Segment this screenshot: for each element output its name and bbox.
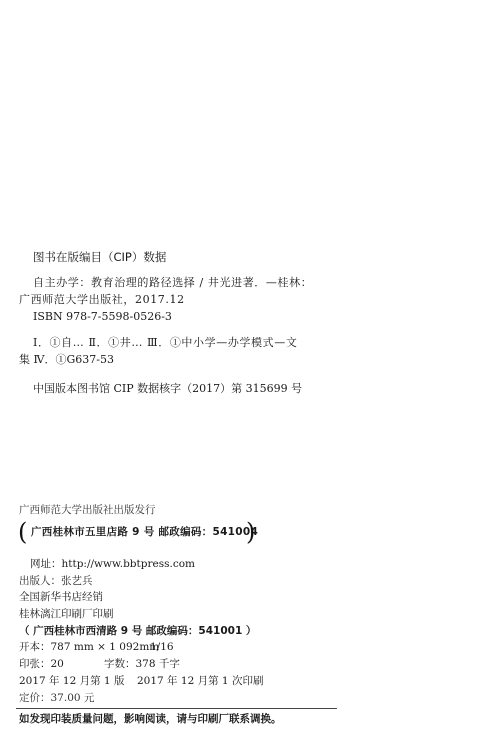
printer-address: （ 广西桂林市西清路 9 号 邮政编码：541001 ） xyxy=(19,626,256,637)
publisher-website: 网址：http://www.bbtpress.com xyxy=(30,559,195,570)
word-count: 字数：378 千字 xyxy=(104,659,180,670)
address-paren-close: ) xyxy=(246,520,255,544)
distributor: 全国新华书店经销 xyxy=(19,592,103,603)
format-label: 开本：787 mm × 1 092mm xyxy=(19,642,159,653)
quality-notice: 如发现印装质量问题，影响阅读，请与印刷厂联系调换。 xyxy=(19,714,282,725)
address-paren-open: ( xyxy=(18,520,27,544)
divider-rule xyxy=(16,708,337,709)
cip-classification-line1: Ⅰ．①自… Ⅱ．①井… Ⅲ．①中小学—办学模式—文 xyxy=(33,337,297,348)
publisher-address: 广西桂林市五里店路 9 号 邮政编码：541004 xyxy=(31,527,258,538)
cip-entry-line1: 自主办学：教育治理的路径选择 / 井光进著．—桂林： xyxy=(33,277,312,288)
price: 定价：37.00 元 xyxy=(19,693,94,704)
cip-entry-line2: 广西师范大学出版社，2017.12 xyxy=(19,294,185,305)
cip-isbn: ISBN 978-7-5598-0526-3 xyxy=(33,311,172,322)
publisher-person: 出版人：张艺兵 xyxy=(19,576,93,587)
printing: 2017 年 12 月第 1 次印刷 xyxy=(137,676,263,687)
cip-verification-number: 中国版本图书馆 CIP 数据核字（2017）第 315699 号 xyxy=(33,383,302,394)
edition: 2017 年 12 月第 1 版 xyxy=(19,676,124,687)
printed-sheets: 印张：20 xyxy=(19,659,64,670)
cip-heading: 图书在版编目（CIP）数据 xyxy=(33,252,166,264)
cip-classification-line2: 集 Ⅳ．①G637-53 xyxy=(19,354,114,365)
printer: 桂林漓江印刷厂印刷 xyxy=(19,609,114,620)
publisher-issue: 广西师范大学出版社出版发行 xyxy=(19,505,156,516)
format-size: 1/16 xyxy=(150,642,174,653)
